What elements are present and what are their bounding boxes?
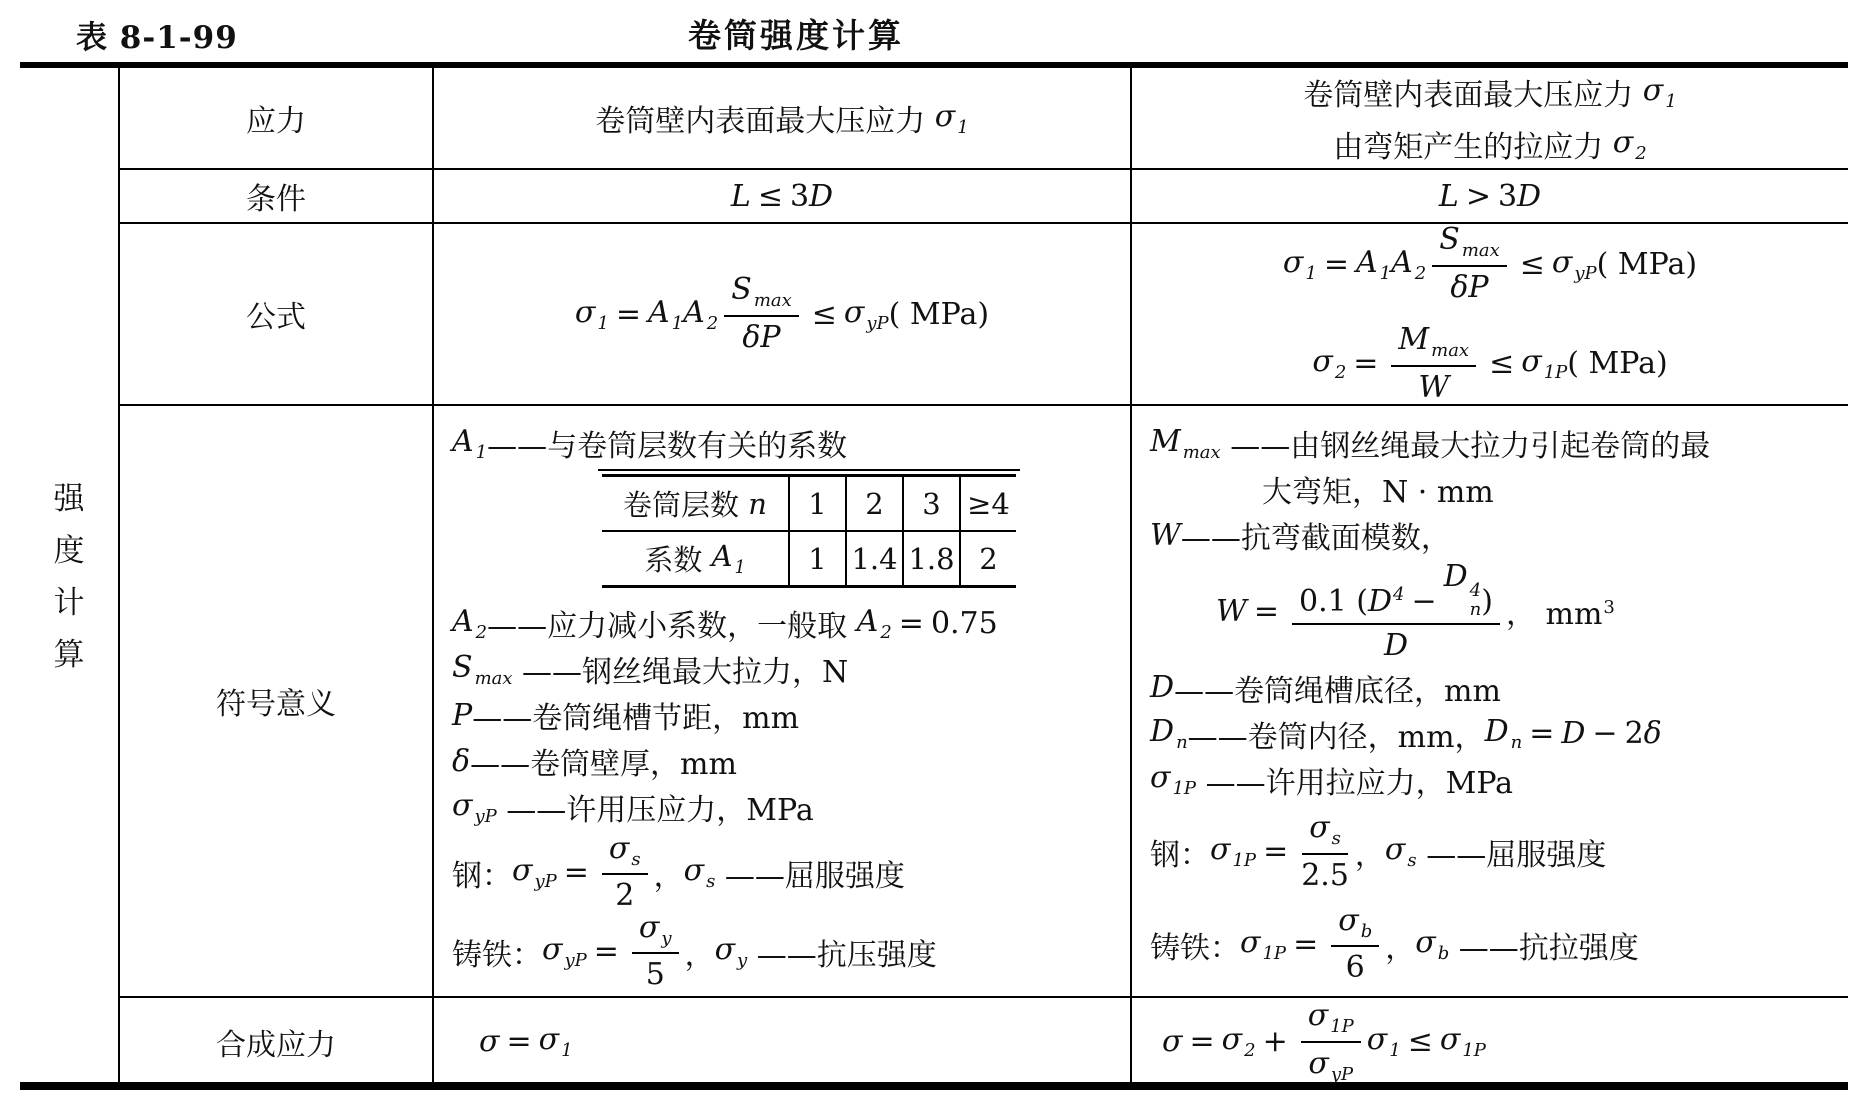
formula-right-cell: σ1=A1A2SmaxδP≤σyP( MPa) σ2=MmaxW≤σ1P( MP… [1130, 222, 1848, 404]
symbols-right-cell: Mmax ——由钢丝绳最大拉力引起卷筒的最 大弯矩，N · mm W——抗弯截面… [1130, 404, 1848, 996]
a2-definition: A2——应力减小系数，一般取 A2=0.75 [452, 600, 998, 646]
steel-syp-formula: 钢：σyP=σs2，σs ——屈服强度 [452, 840, 905, 905]
w-formula: W=0.1 (D4−D4n)D， mm3 [1150, 562, 1615, 661]
d-definition: D——卷筒绳槽底径，mm [1150, 665, 1501, 711]
scanned-handbook-page: 表 8-1-99 卷筒强度计算 强度计算 应力 卷筒壁内表面最大压应力 σ1 卷… [0, 0, 1858, 1113]
drum-strength-table: 强度计算 应力 卷筒壁内表面最大压应力 σ1 卷筒壁内表面最大压应力 σ1 由弯… [20, 62, 1848, 1090]
side-label: 强度计算 [51, 473, 87, 681]
smax-definition: Smax ——钢丝绳最大拉力，N [452, 646, 848, 692]
row-label-symbols: 符号意义 [118, 404, 432, 996]
sigma1-formula-left: σ1=A1A2SmaxδP≤σyP( MPa) [575, 272, 989, 356]
s1p-definition: σ1P ——许用拉应力，MPa [1150, 757, 1513, 803]
mmax-definition-wrap: 大弯矩，N · mm [1150, 466, 1494, 512]
side-label-cell: 强度计算 [20, 68, 118, 1085]
a1-definition: A1——与卷筒层数有关的系数 [452, 420, 847, 466]
syp-definition: σyP ——许用压应力，MPa [452, 784, 814, 830]
table-number: 表 8-1-99 [76, 12, 238, 57]
stress-left-cell: 卷筒壁内表面最大压应力 σ1 [432, 68, 1130, 168]
w-definition: W——抗弯截面模数， [1150, 512, 1451, 558]
cast-iron-syp-formula: 铸铁：σyP=σy5，σy ——抗压强度 [452, 919, 937, 984]
mmax-definition: Mmax ——由钢丝绳最大拉力引起卷筒的最 [1150, 420, 1710, 466]
inner-value-3: 1.8 [902, 532, 959, 585]
inner-header-2: 2 [845, 477, 902, 532]
stress-right-line1: 卷筒壁内表面最大压应力 σ1 [1303, 70, 1676, 114]
formula-left-cell: σ1=A1A2SmaxδP≤σyP( MPa) [432, 222, 1130, 404]
row-label-formula: 公式 [118, 222, 432, 404]
row-label-stress: 应力 [118, 68, 432, 168]
inner-value-2: 1.4 [845, 532, 902, 585]
inner-header-3: 3 [902, 477, 959, 532]
stress-right-line2: 由弯矩产生的拉应力 σ2 [1333, 122, 1646, 166]
condition-left-cell: L≤3D [432, 168, 1130, 222]
inner-header-4: ≥4 [959, 477, 1016, 532]
inner-value-4: 2 [959, 532, 1016, 585]
stress-left-text: 卷筒壁内表面最大压应力 σ1 [595, 96, 968, 140]
sigma2-formula-right: σ2=MmaxW≤σ1P( MPa) [1312, 322, 1667, 406]
layer-factor-table: 卷筒层数 n 1 2 3 ≥4 系数 A1 1 1.4 1.8 2 [602, 474, 1016, 588]
p-definition: P——卷筒绳槽节距，mm [452, 692, 799, 738]
condition-right-cell: L>3D [1130, 168, 1848, 222]
dn-definition: Dn——卷筒内径，mm，Dn=D−2δ [1150, 711, 1662, 757]
symbols-left-cell: A1——与卷筒层数有关的系数 卷筒层数 n 1 2 3 ≥4 系数 A1 1 1… [432, 404, 1130, 996]
composite-left-cell: σ=σ1 [432, 996, 1130, 1085]
composite-left-formula: σ=σ1 [479, 1022, 573, 1061]
condition-left-text: L≤3D [731, 179, 833, 214]
row-label-condition: 条件 [118, 168, 432, 222]
steel-s1p-formula: 钢：σ1P=σs2.5，σs ——屈服强度 [1150, 813, 1606, 892]
inner-value-1: 1 [788, 532, 845, 585]
stress-right-cell: 卷筒壁内表面最大压应力 σ1 由弯矩产生的拉应力 σ2 [1130, 68, 1848, 168]
delta-definition: δ——卷筒壁厚，mm [452, 738, 737, 784]
page-title: 卷筒强度计算 [688, 10, 904, 57]
sigma1-formula-right: σ1=A1A2SmaxδP≤σyP( MPa) [1283, 222, 1697, 306]
inner-header-0: 卷筒层数 n [602, 477, 788, 532]
composite-right-formula: σ=σ2+σ1PσyPσ1≤σ1P [1162, 998, 1486, 1085]
condition-right-text: L>3D [1439, 179, 1541, 214]
row-label-composite: 合成应力 [118, 996, 432, 1085]
inner-header-1: 1 [788, 477, 845, 532]
inner-value-0: 系数 A1 [602, 532, 788, 585]
composite-right-cell: σ=σ2+σ1PσyPσ1≤σ1P [1130, 996, 1848, 1085]
cast-iron-s1p-formula: 铸铁：σ1P=σb6，σb ——抗拉强度 [1150, 905, 1639, 984]
